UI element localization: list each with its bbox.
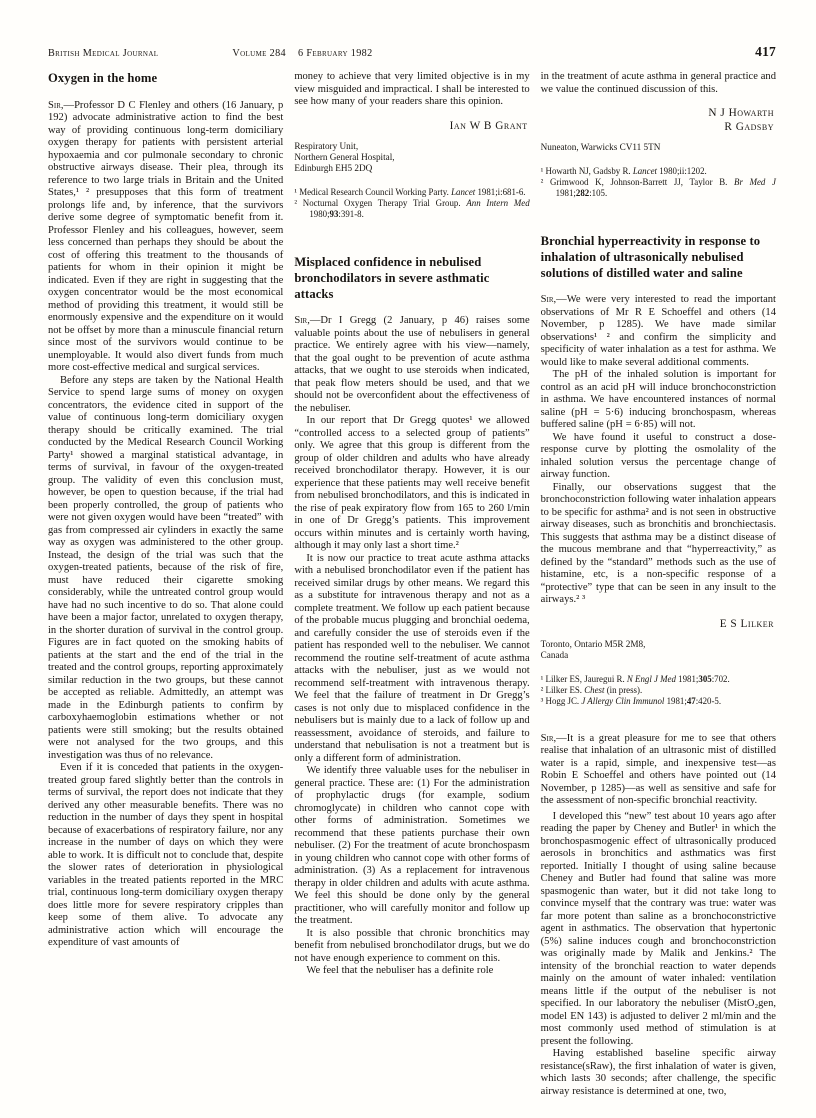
address-line: Edinburgh EH5 2DQ <box>294 163 529 174</box>
reference-number: ¹ <box>294 187 297 197</box>
paragraph-text: —It is a great pleasure for me to see th… <box>541 733 776 807</box>
paragraph: We feel that the nebuliser has a definit… <box>294 965 529 978</box>
paragraph: It is also possible that chronic bronchi… <box>294 928 529 966</box>
journal-name: N Engl J Med <box>627 674 676 684</box>
paragraph-text: —We were very interested to read the imp… <box>541 294 776 368</box>
page-header: British Medical Journal Volume 284 6 Feb… <box>48 44 776 60</box>
reference-text: Hogg JC. <box>546 696 582 706</box>
reference-number: ² <box>541 685 544 695</box>
reference-text: (in press). <box>604 685 642 695</box>
reference-item: ¹ Howarth NJ, Gadsby R. Lancet 1980;ii:1… <box>541 166 776 177</box>
reference-text: 1981; <box>556 188 576 198</box>
journal-name: Lancet <box>451 187 475 197</box>
reference-text: Grimwood K, Johnson-Barrett JJ, Taylor B… <box>550 177 734 187</box>
reference-item: ² Grimwood K, Johnson-Barrett JJ, Taylor… <box>541 177 776 199</box>
salutation: Sir, <box>48 100 64 111</box>
reference-text: Medical Research Council Working Party. <box>299 187 451 197</box>
reference-volume: 47 <box>687 696 696 706</box>
reference-volume: 305 <box>698 674 711 684</box>
paragraph: It is now our practice to treat acute as… <box>294 553 529 766</box>
reference-text: Lilker ES, Jauregui R. <box>546 674 627 684</box>
column-1: Oxygen in the home Sir,—Professor D C Fl… <box>48 71 283 1098</box>
reference-text: :702. <box>712 674 730 684</box>
journal-title: British Medical Journal <box>48 48 158 59</box>
reference-text: Howarth NJ, Gadsby R. <box>546 166 633 176</box>
salutation: Sir, <box>541 733 557 744</box>
reference-item: ³ Hogg JC. J Allergy Clin Immunol 1981;4… <box>541 696 776 707</box>
continued-paragraph: in the treatment of acute asthma in gene… <box>541 71 776 96</box>
reference-number: ² <box>541 177 544 187</box>
address-line: Northern General Hospital, <box>294 152 529 163</box>
address-line: Canada <box>541 650 776 661</box>
letter-title-nebulisers: Misplaced confidence in nebulised bronch… <box>294 255 529 302</box>
letter-opening-paragraph: Sir,—We were very interested to read the… <box>541 294 776 369</box>
reference-text: 1981;i:681-6. <box>475 187 525 197</box>
paragraph: Even if it is conceded that patients in … <box>48 762 283 950</box>
letter-opening-paragraph: Sir,—It is a great pleasure for me to se… <box>541 733 776 808</box>
reference-list: ¹ Howarth NJ, Gadsby R. Lancet 1980;ii:1… <box>541 166 776 198</box>
signature: Ian W B Grant <box>294 120 527 133</box>
journal-name: Lancet <box>633 166 657 176</box>
address-line: Nuneaton, Warwicks CV11 5TN <box>541 142 776 153</box>
reference-text: Nocturnal Oxygen Therapy Trial Group. <box>303 198 467 208</box>
reference-text: :391-8. <box>338 209 363 219</box>
paragraph: Before any steps are taken by the Nation… <box>48 375 283 763</box>
reference-item: ² Lilker ES. Chest (in press). <box>541 685 776 696</box>
letter-opening-paragraph: Sir,—Dr I Gregg (2 January, p 46) raises… <box>294 315 529 415</box>
reference-list: ¹ Medical Research Council Working Party… <box>294 187 529 219</box>
paragraph: We have found it useful to construct a d… <box>541 432 776 482</box>
continued-paragraph: money to achieve that very limited objec… <box>294 71 529 109</box>
reference-text: 1980; <box>309 209 329 219</box>
reference-text: :420-5. <box>696 696 721 706</box>
paragraph: We identify three valuable uses for the … <box>294 765 529 928</box>
reference-list: ¹ Lilker ES, Jauregui R. N Engl J Med 19… <box>541 674 776 706</box>
letters-columns: Oxygen in the home Sir,—Professor D C Fl… <box>48 71 776 1098</box>
issue-date: 6 February 1982 <box>298 48 755 59</box>
paragraph: I developed this “new” test about 10 yea… <box>541 811 776 1049</box>
salutation: Sir, <box>541 294 557 305</box>
reference-text: Lilker ES. <box>546 685 585 695</box>
address-line: Respiratory Unit, <box>294 141 529 152</box>
reference-text: 1981; <box>676 674 698 684</box>
signature: E S Lilker <box>541 618 774 631</box>
journal-page: British Medical Journal Volume 284 6 Feb… <box>0 0 816 1118</box>
salutation: Sir, <box>294 315 310 326</box>
letter-opening-paragraph: Sir,—Professor D C Flenley and others (1… <box>48 100 283 375</box>
paragraph: Finally, our observations suggest that t… <box>541 482 776 607</box>
reference-text: 1980;ii:1202. <box>657 166 707 176</box>
header-left: British Medical Journal Volume 284 <box>48 48 286 59</box>
reference-number: ³ <box>541 696 544 706</box>
volume-number: Volume 284 <box>232 48 286 59</box>
paragraph-text: —Professor D C Flenley and others (16 Ja… <box>48 100 283 374</box>
paragraph: The pH of the inhaled solution is import… <box>541 369 776 432</box>
correspondent-address: Toronto, Ontario M5R 2M8, Canada <box>541 639 776 661</box>
reference-text: :105. <box>589 188 607 198</box>
journal-name: J Allergy Clin Immunol <box>581 696 664 706</box>
address-line: Toronto, Ontario M5R 2M8, <box>541 639 776 650</box>
paragraph: Having established baseline specific air… <box>541 1048 776 1098</box>
column-2: money to achieve that very limited objec… <box>294 71 529 1098</box>
journal-name: Br Med J <box>734 177 776 187</box>
letter-title-oxygen: Oxygen in the home <box>48 71 283 87</box>
paragraph: In our report that Dr Gregg quotes¹ we a… <box>294 415 529 553</box>
letter-title-hyperreactivity: Bronchial hyperreactivity in response to… <box>541 234 776 281</box>
page-number: 417 <box>755 44 776 60</box>
correspondent-address: Nuneaton, Warwicks CV11 5TN <box>541 142 776 153</box>
signature: N J Howarth <box>541 107 774 120</box>
reference-number: ¹ <box>541 674 544 684</box>
reference-item: ¹ Lilker ES, Jauregui R. N Engl J Med 19… <box>541 674 776 685</box>
reference-item: ¹ Medical Research Council Working Party… <box>294 187 529 198</box>
correspondent-address: Respiratory Unit, Northern General Hospi… <box>294 141 529 174</box>
reference-item: ² Nocturnal Oxygen Therapy Trial Group. … <box>294 198 529 220</box>
journal-name: Chest <box>584 685 604 695</box>
signature: R Gadsby <box>541 121 774 134</box>
reference-number: ² <box>294 198 297 208</box>
journal-name: Ann Intern Med <box>466 198 529 208</box>
reference-text: 1981; <box>664 696 686 706</box>
reference-volume: 282 <box>576 188 589 198</box>
column-3: in the treatment of acute asthma in gene… <box>541 71 776 1098</box>
paragraph-text: —Dr I Gregg (2 January, p 46) raises som… <box>294 315 529 414</box>
reference-number: ¹ <box>541 166 544 176</box>
